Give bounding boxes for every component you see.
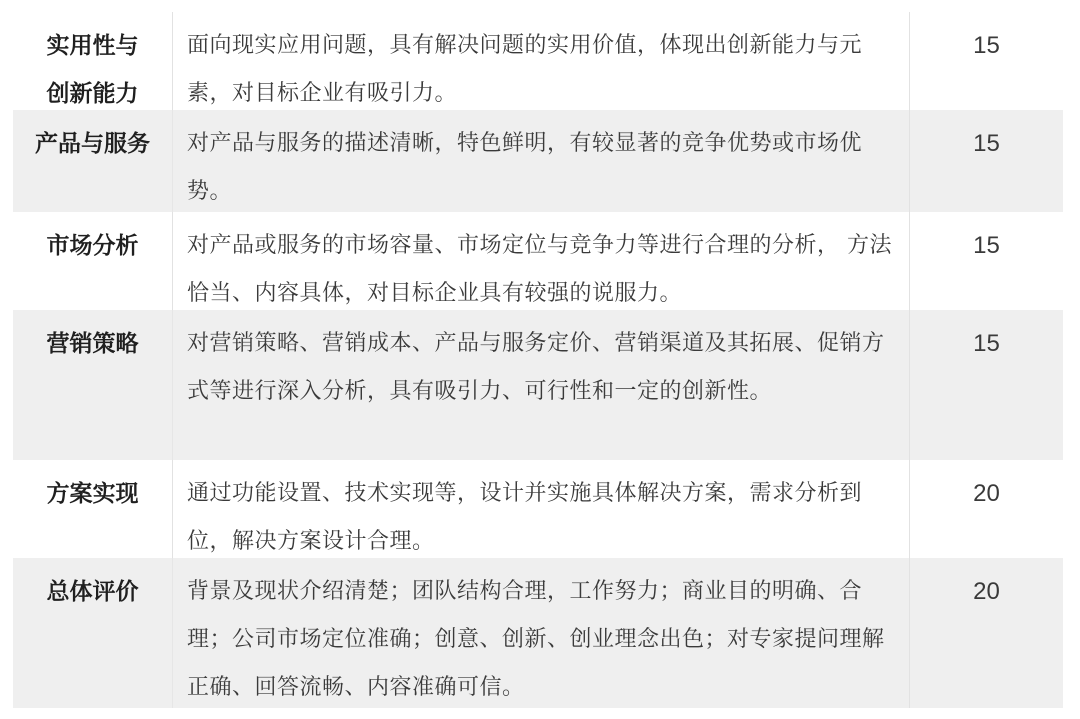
table-row: 实用性与 创新能力 面向现实应用问题，具有解决问题的实用价值，体现出创新能力与元… <box>13 12 1063 110</box>
table-row: 营销策略 对营销策略、营销成本、产品与服务定价、营销渠道及其拓展、促销方式等进行… <box>13 310 1063 460</box>
description-cell: 背景及现状介绍清楚；团队结构合理，工作努力；商业目的明确、合理；公司市场定位准确… <box>173 558 910 708</box>
score-cell: 20 <box>910 558 1063 708</box>
criterion-cell: 市场分析 <box>13 212 173 310</box>
description-cell: 面向现实应用问题，具有解决问题的实用价值，体现出创新能力与元素，对目标企业有吸引… <box>173 12 910 110</box>
scoring-table: 实用性与 创新能力 面向现实应用问题，具有解决问题的实用价值，体现出创新能力与元… <box>13 12 1063 708</box>
score-cell: 15 <box>910 310 1063 460</box>
description-cell: 对产品或服务的市场容量、市场定位与竞争力等进行合理的分析， 方法恰当、内容具体，… <box>173 212 910 310</box>
criterion-cell: 产品与服务 <box>13 110 173 212</box>
criterion-cell: 总体评价 <box>13 558 173 708</box>
criterion-cell: 方案实现 <box>13 460 173 558</box>
score-cell: 15 <box>910 212 1063 310</box>
table-row: 市场分析 对产品或服务的市场容量、市场定位与竞争力等进行合理的分析， 方法恰当、… <box>13 212 1063 310</box>
criterion-cell: 营销策略 <box>13 310 173 460</box>
description-cell: 通过功能设置、技术实现等，设计并实施具体解决方案，需求分析到位，解决方案设计合理… <box>173 460 910 558</box>
score-cell: 15 <box>910 110 1063 212</box>
score-cell: 15 <box>910 12 1063 110</box>
description-cell: 对营销策略、营销成本、产品与服务定价、营销渠道及其拓展、促销方式等进行深入分析，… <box>173 310 910 460</box>
description-cell: 对产品与服务的描述清晰，特色鲜明，有较显著的竞争优势或市场优势。 <box>173 110 910 212</box>
table-row: 方案实现 通过功能设置、技术实现等，设计并实施具体解决方案，需求分析到位，解决方… <box>13 460 1063 558</box>
criterion-cell: 实用性与 创新能力 <box>13 12 173 110</box>
score-cell: 20 <box>910 460 1063 558</box>
table-row: 产品与服务 对产品与服务的描述清晰，特色鲜明，有较显著的竞争优势或市场优势。 1… <box>13 110 1063 212</box>
table-row: 总体评价 背景及现状介绍清楚；团队结构合理，工作努力；商业目的明确、合理；公司市… <box>13 558 1063 708</box>
